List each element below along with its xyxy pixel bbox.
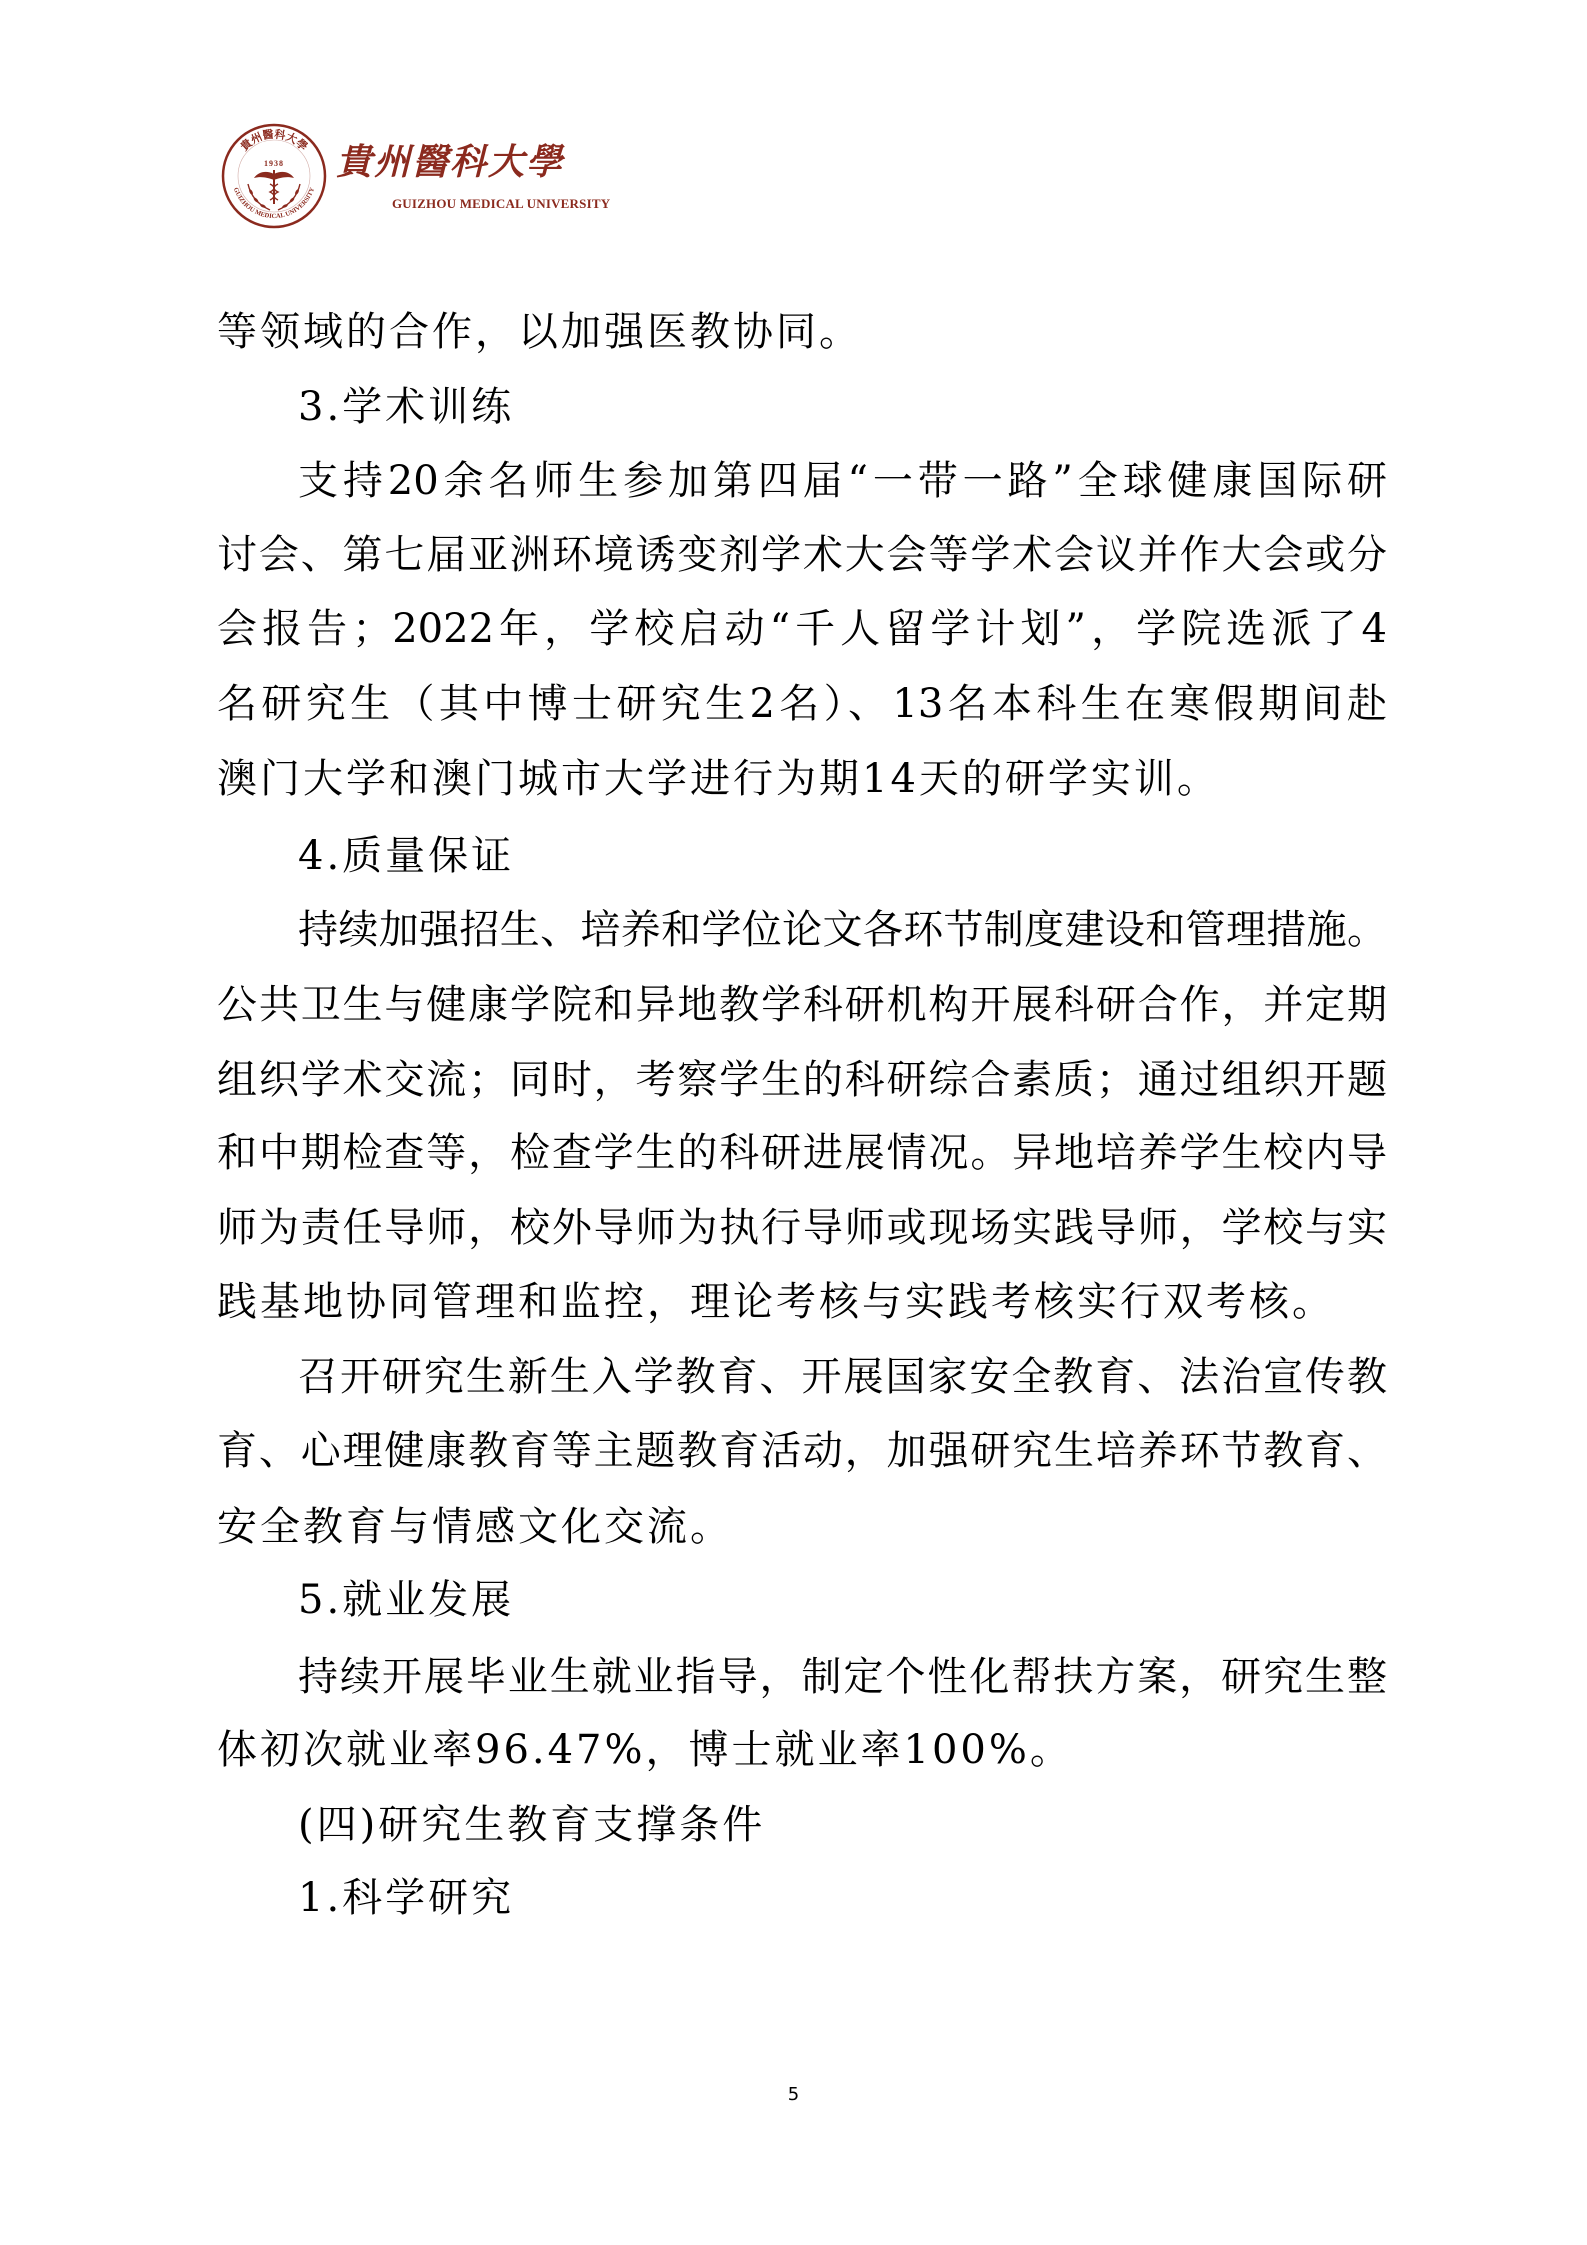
page-number: 5 (0, 2084, 1587, 2105)
paragraph-line: 体初次就业率96.47%，博士就业率100%。 (217, 1725, 1073, 1775)
paragraph-line: 育、心理健康教育等主题教育活动，加强研究生培养环节教育、 (217, 1426, 1387, 1476)
section-heading: 4.质量保证 (298, 831, 514, 881)
paragraph-line: 澳门大学和澳门城市大学进行为期14天的研学实训。 (217, 754, 1220, 804)
paragraph-line: 等领域的合作，以加强医教协同。 (217, 307, 862, 357)
paragraph-line: 师为责任导师，校外导师为执行导师或现场实践导师，学校与实 (217, 1203, 1387, 1253)
paragraph-line: 名研究生（其中博士研究生2名）、13名本科生在寒假期间赴 (217, 679, 1387, 729)
svg-text:1938: 1938 (264, 159, 284, 168)
paragraph-line: 和中期检查等，检查学生的科研进展情况。异地培养学生校内导 (217, 1128, 1387, 1178)
paragraph-line: 安全教育与情感文化交流。 (217, 1502, 733, 1552)
paragraph-line: 讨会、第七届亚洲环境诱变剂学术大会等学术会议并作大会或分 (217, 530, 1387, 580)
paragraph-line: 支持20余名师生参加第四届“一带一路”全球健康国际研 (298, 456, 1387, 506)
section-heading: 3.学术训练 (298, 382, 514, 432)
paragraph-line: 公共卫生与健康学院和异地教学科研机构开展科研合作，并定期 (217, 980, 1387, 1030)
paragraph-line: 组织学术交流；同时，考察学生的科研综合素质；通过组织开题 (217, 1055, 1387, 1105)
section-heading: 1.科学研究 (298, 1873, 514, 1923)
university-wordmark-cn: 貴州醫科大學 (336, 140, 556, 184)
section-heading: (四)研究生教育支撑条件 (298, 1800, 765, 1850)
paragraph-line: 践基地协同管理和监控，理论考核与实践考核实行双考核。 (217, 1277, 1335, 1327)
university-wordmark-en: GUIZHOU MEDICAL UNIVERSITY (392, 196, 610, 212)
paragraph-line: 持续加强招生、培养和学位论文各环节制度建设和管理措施。 (298, 905, 1387, 955)
university-logo: 貴州醫科大學 GUIZHOU MEDICAL UNIVERSITY 1938 貴… (220, 122, 560, 232)
paragraph-line: 持续开展毕业生就业指导，制定个性化帮扶方案，研究生整 (298, 1652, 1387, 1702)
section-heading: 5.就业发展 (298, 1575, 514, 1625)
paragraph-line: 召开研究生新生入学教育、开展国家安全教育、法治宣传教 (298, 1352, 1387, 1402)
paragraph-line: 会报告；2022年，学校启动“千人留学计划”，学院选派了4 (217, 604, 1387, 654)
university-seal-icon: 貴州醫科大學 GUIZHOU MEDICAL UNIVERSITY 1938 (220, 122, 328, 230)
